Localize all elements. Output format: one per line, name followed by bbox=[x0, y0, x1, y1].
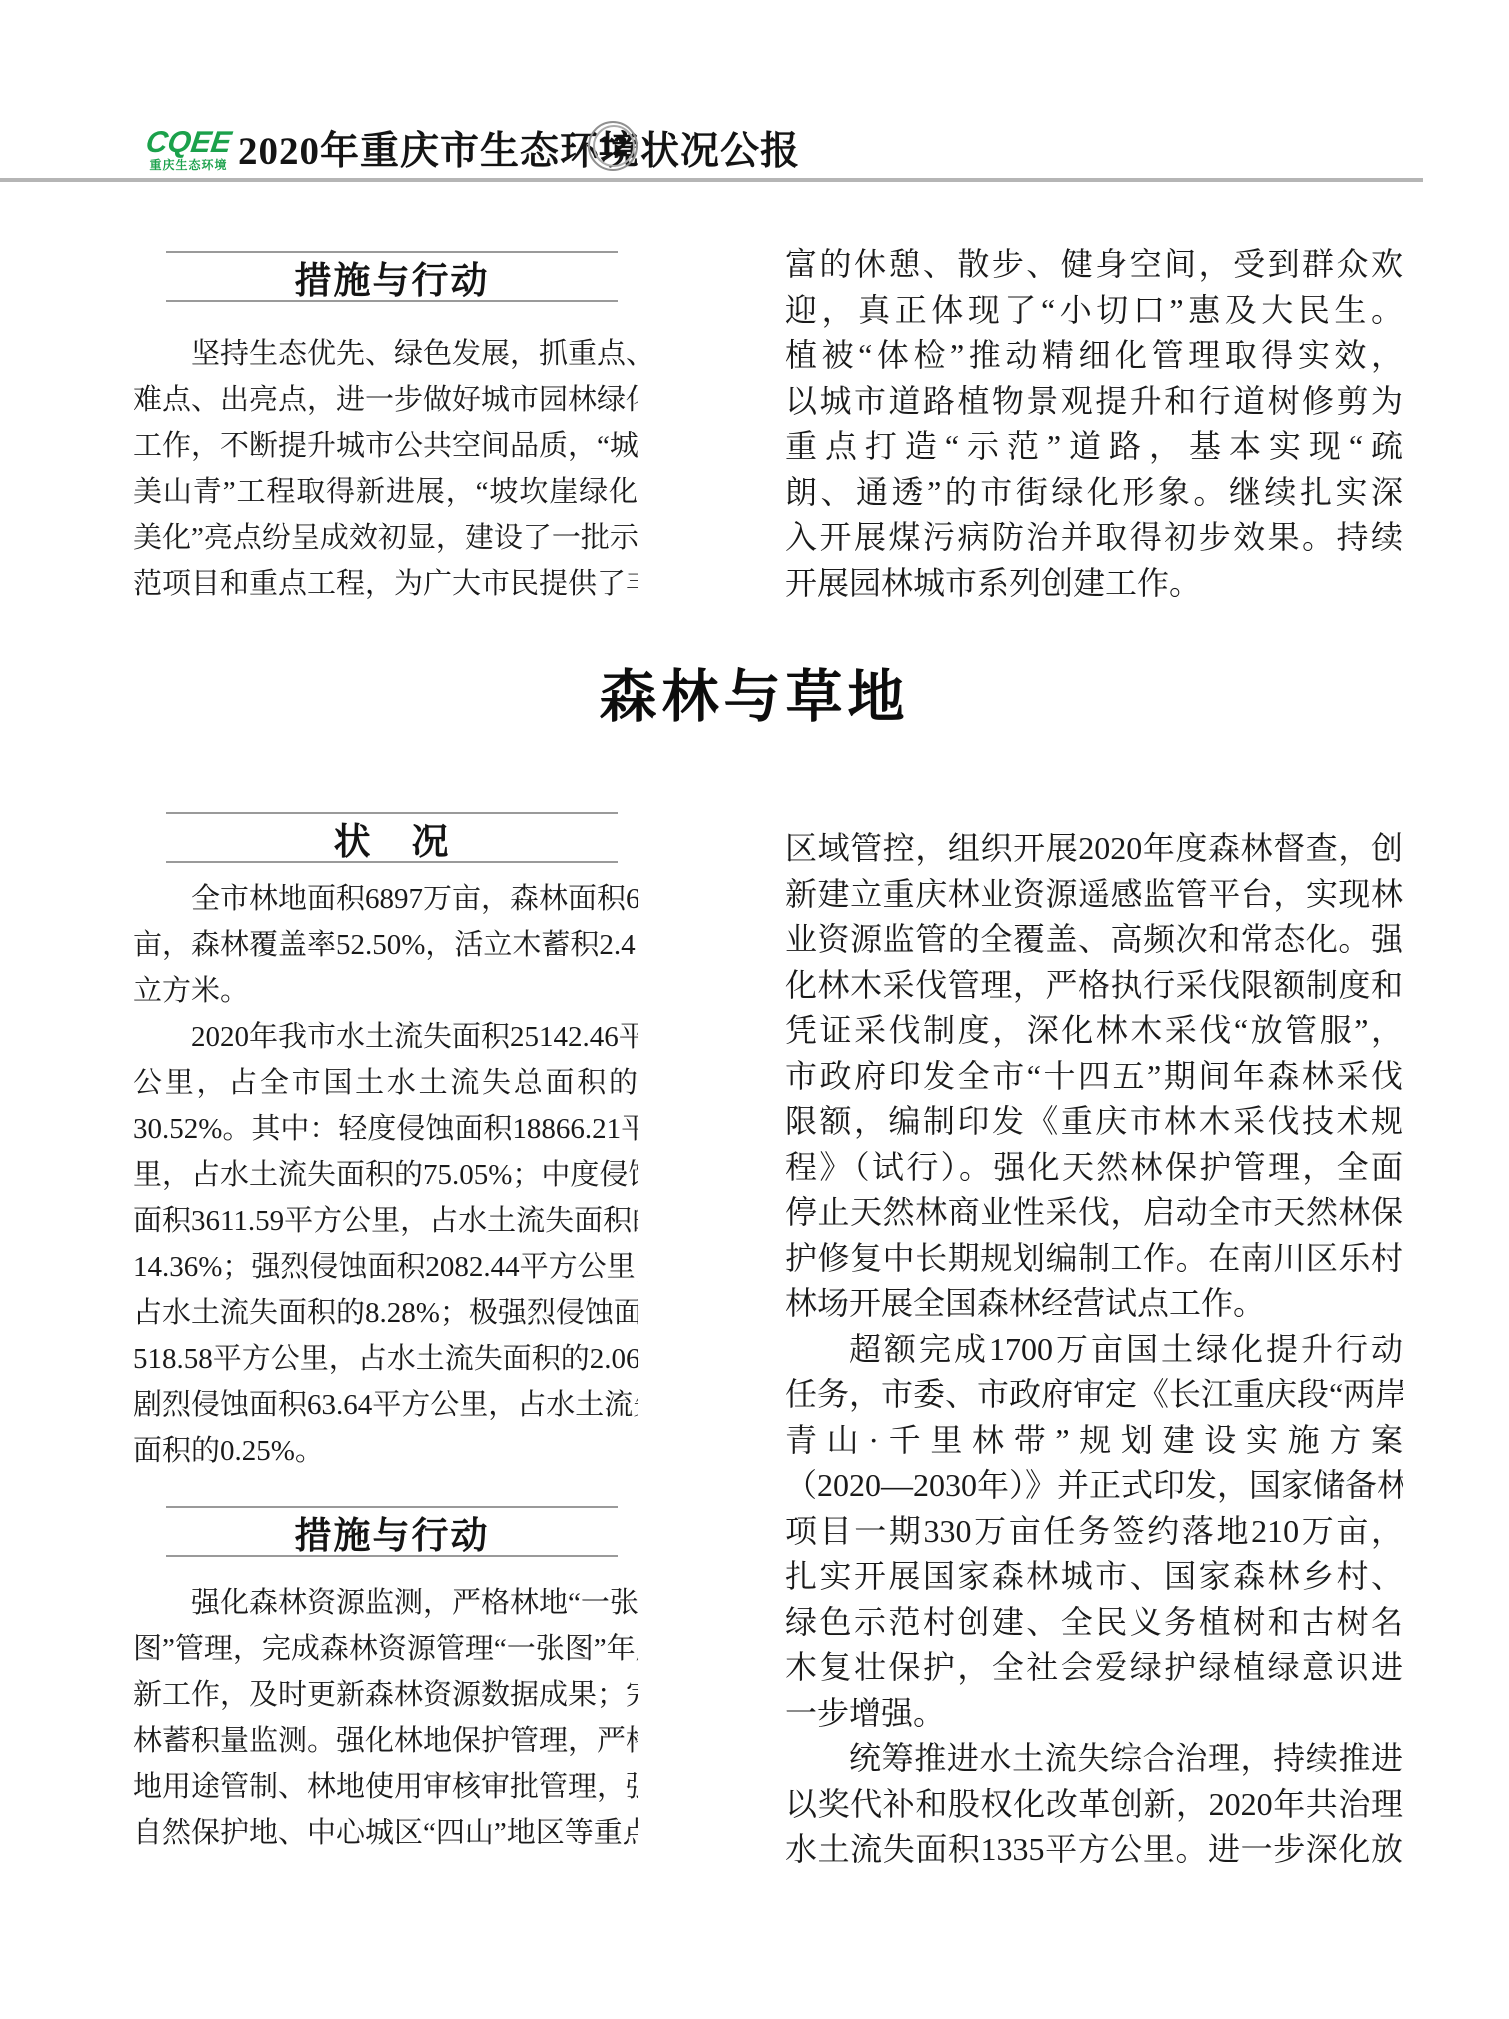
forest-right-text: 区域管控，组织开展2020年度森林督查，创新建立重庆林业资源遥感监管平台，实现林… bbox=[785, 826, 1403, 1873]
text-line: 美化”亮点纷呈成效初显，建设了一批示 bbox=[133, 515, 638, 561]
text-line: 超额完成1700万亩国土绿化提升行动 bbox=[785, 1327, 1403, 1373]
text-line: 绿色示范村创建、全民义务植树和古树名 bbox=[785, 1600, 1403, 1646]
text-line: 入开展煤污病防治并取得初步效果。持续 bbox=[785, 515, 1403, 561]
text-line: 护修复中长期规划编制工作。在南川区乐村 bbox=[785, 1236, 1403, 1282]
text-line: 统筹推进水土流失综合治理，持续推进 bbox=[785, 1736, 1403, 1782]
text-line: 自然保护地、中心城区“四山”地区等重点 bbox=[133, 1810, 638, 1856]
status-left-text: 全市林地面积6897万亩，森林面积6494万亩，森林覆盖率52.50%，活立木蓄… bbox=[133, 876, 638, 1474]
logo-subtext: 重庆生态环境 bbox=[141, 158, 236, 172]
text-line: 植被“体检”推动精细化管理取得实效， bbox=[785, 333, 1403, 379]
text-line: 面积3611.59平方公里，占水土流失面积的 bbox=[133, 1198, 638, 1244]
text-line: 占水土流失面积的8.28%；极强烈侵蚀面积 bbox=[133, 1290, 638, 1336]
text-line: 难点、出亮点，进一步做好城市园林绿化 bbox=[133, 377, 638, 423]
text-line: 30.52%。其中：轻度侵蚀面积18866.21平方公 bbox=[133, 1106, 638, 1152]
text-line: 亩，森林覆盖率52.50%，活立木蓄积2.41亿 bbox=[133, 922, 638, 968]
text-line: 开展园林城市系列创建工作。 bbox=[785, 561, 1403, 607]
text-line: 青山·千里林带”规划建设实施方案 bbox=[785, 1418, 1403, 1464]
measures-top-left-text: 坚持生态优先、绿色发展，抓重点、破难点、出亮点，进一步做好城市园林绿化工作，不断… bbox=[133, 331, 638, 607]
text-line: 2020年我市水土流失面积25142.46平方 bbox=[133, 1014, 638, 1060]
text-line: 14.36%；强烈侵蚀面积2082.44平方公里， bbox=[133, 1244, 638, 1290]
text-line: 限额，编制印发《重庆市林木采伐技术规 bbox=[785, 1099, 1403, 1145]
text-line: 任务，市委、市政府审定《长江重庆段“两岸 bbox=[785, 1372, 1403, 1418]
text-line: 项目一期330万亩任务签约落地210万亩， bbox=[785, 1509, 1403, 1555]
text-line: 市政府印发全市“十四五”期间年森林采伐 bbox=[785, 1054, 1403, 1100]
text-line: 强化森林资源监测，严格林地“一张 bbox=[133, 1580, 638, 1626]
text-line: 林蓄积量监测。强化林地保护管理，严格林 bbox=[133, 1718, 638, 1764]
header-rule bbox=[0, 178, 1423, 182]
text-line: 工作，不断提升城市公共空间品质，“城 bbox=[133, 423, 638, 469]
text-line: 迎，真正体现了“小切口”惠及大民生。 bbox=[785, 288, 1403, 334]
logo: CQEE 重庆生态环境 bbox=[141, 128, 236, 172]
text-line: 立方米。 bbox=[133, 968, 638, 1014]
text-line: 林场开展全国森林经营试点工作。 bbox=[785, 1281, 1403, 1327]
text-line: 区域管控，组织开展2020年度森林督查，创 bbox=[785, 826, 1403, 872]
text-line: 图”管理，完成森林资源管理“一张图”年度更 bbox=[133, 1626, 638, 1672]
document-page: CQEE 重庆生态环境 2020年重庆市生态环境状况公报 12 措施与行动 坚持… bbox=[0, 0, 1509, 2019]
section-heading-measures-forest: 措施与行动 bbox=[166, 1506, 618, 1557]
text-line: 里，占水土流失面积的75.05%；中度侵蚀 bbox=[133, 1152, 638, 1198]
text-line: 化林木采伐管理，严格执行采伐限额制度和 bbox=[785, 963, 1403, 1009]
text-line: 停止天然林商业性采伐，启动全市天然林保 bbox=[785, 1190, 1403, 1236]
text-line: 业资源监管的全覆盖、高频次和常态化。强 bbox=[785, 917, 1403, 963]
text-line: 坚持生态优先、绿色发展，抓重点、破 bbox=[133, 331, 638, 377]
page-title: 2020年重庆市生态环境状况公报 bbox=[238, 130, 878, 174]
text-line: 朗、通透”的市街绿化形象。继续扎实深 bbox=[785, 470, 1403, 516]
chapter-title: 森林与草地 bbox=[0, 666, 1509, 728]
text-line: 程》（试行）。强化天然林保护管理，全面 bbox=[785, 1145, 1403, 1191]
text-line: 面积的0.25%。 bbox=[133, 1428, 638, 1474]
text-line: 剧烈侵蚀面积63.64平方公里，占水土流失 bbox=[133, 1382, 638, 1428]
page-number: 12 bbox=[586, 119, 640, 173]
text-line: 全市林地面积6897万亩，森林面积6494万 bbox=[133, 876, 638, 922]
text-line: 重点打造“示范”道路，基本实现“疏 bbox=[785, 424, 1403, 470]
text-line: 富的休憩、散步、健身空间，受到群众欢 bbox=[785, 242, 1403, 288]
section-heading-measures-top: 措施与行动 bbox=[166, 251, 618, 302]
text-line: 美山青”工程取得新进展，“坡坎崖绿化 bbox=[133, 469, 638, 515]
text-line: 地用途管制、林地使用审核审批管理，强化 bbox=[133, 1764, 638, 1810]
measures-forest-left-text: 强化森林资源监测，严格林地“一张图”管理，完成森林资源管理“一张图”年度更新工作… bbox=[133, 1580, 638, 1856]
measures-top-right-text: 富的休憩、散步、健身空间，受到群众欢迎，真正体现了“小切口”惠及大民生。植被“体… bbox=[785, 242, 1403, 606]
text-line: 水土流失面积1335平方公里。进一步深化放 bbox=[785, 1827, 1403, 1873]
section-heading-status: 状 况 bbox=[166, 812, 618, 863]
text-line: 新建立重庆林业资源遥感监管平台，实现林 bbox=[785, 872, 1403, 918]
text-line: 以奖代补和股权化改革创新，2020年共治理 bbox=[785, 1782, 1403, 1828]
text-line: 新工作，及时更新森林资源数据成果；完成森 bbox=[133, 1672, 638, 1718]
text-line: 凭证采伐制度，深化林木采伐“放管服”， bbox=[785, 1008, 1403, 1054]
text-line: 518.58平方公里，占水土流失面积的2.06%； bbox=[133, 1336, 638, 1382]
logo-icon: CQEE bbox=[139, 128, 238, 158]
text-line: （2020—2030年）》并正式印发，国家储备林 bbox=[785, 1463, 1403, 1509]
text-line: 一步增强。 bbox=[785, 1691, 1403, 1737]
text-line: 公里，占全市国土水土流失总面积的 bbox=[133, 1060, 638, 1106]
text-line: 范项目和重点工程，为广大市民提供了丰 bbox=[133, 561, 638, 607]
page-number-badge: 12 bbox=[586, 119, 640, 173]
text-line: 木复壮保护，全社会爱绿护绿植绿意识进 bbox=[785, 1645, 1403, 1691]
text-line: 以城市道路植物景观提升和行道树修剪为 bbox=[785, 379, 1403, 425]
text-line: 扎实开展国家森林城市、国家森林乡村、 bbox=[785, 1554, 1403, 1600]
